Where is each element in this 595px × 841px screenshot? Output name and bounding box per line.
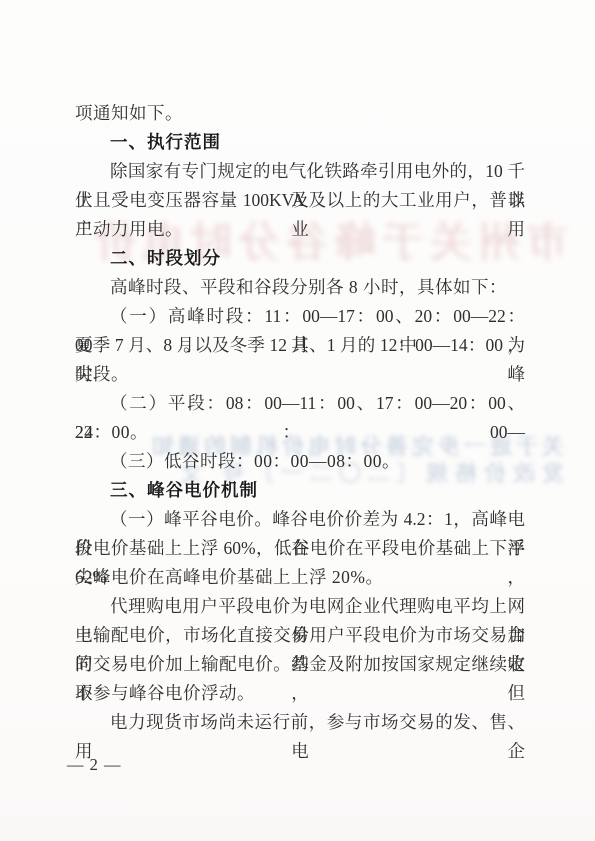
doc-line: （二）平段：08：00—11：00、17：00—20：00、22：00— (75, 389, 525, 418)
page-number: — 2 — (67, 754, 122, 776)
doc-line: 除国家有专门规定的电气化铁路牵引用电外的，10 千伏及以 (75, 157, 525, 186)
doc-line: （一）高峰时段：11：00—17：00、20：00—22：00。其中， (75, 302, 525, 331)
section-heading-3: 三、峰谷电价机制 (75, 476, 525, 505)
document-body: 项通知如下。 一、执行范围 除国家有专门规定的电气化铁路牵引用电外的，10 千伏… (75, 99, 525, 737)
doc-line: 上且受电变压器容量 100KVA 及以上的大工业用户，普非工业用 (75, 186, 525, 215)
doc-line: 高峰时段、平段和谷段分别各 8 小时，具体如下： (75, 273, 525, 302)
doc-line: （一）峰平谷电价。峰谷电价价差为 4.2：1，高峰电价在平 (75, 505, 525, 534)
doc-line: 代理购电用户平段电价为电网企业代理购电平均上网电价加 (75, 592, 525, 621)
doc-line: 夏季 7 月、8 月以及冬季 12 月、1 月的 12：00—14：00 为尖峰 (75, 331, 525, 360)
doc-line: 段电价基础上上浮 60%，低谷电价在平段电价基础上下浮 62%， (75, 534, 525, 563)
section-heading-1: 一、执行范围 (75, 128, 525, 157)
doc-line: 电力现货市场尚未运行前，参与市场交易的发、售、用电企 (75, 708, 525, 737)
doc-line: 的交易电价加上输配电价。基金及附加按国家规定继续收取，但 (75, 650, 525, 679)
document-page: 市州关于峰谷分时电价 关于进一步完善分时电价机制的通知 发改价格规〔二〇二一〕号… (0, 0, 595, 841)
doc-line: 上输配电价，市场化直接交易用户平段电价为市场交易合同约定 (75, 621, 525, 650)
doc-line: （三）低谷时段：00：00—08：00。 (75, 447, 525, 476)
section-heading-2: 二、时段划分 (75, 244, 525, 273)
doc-line: 项通知如下。 (75, 99, 525, 128)
